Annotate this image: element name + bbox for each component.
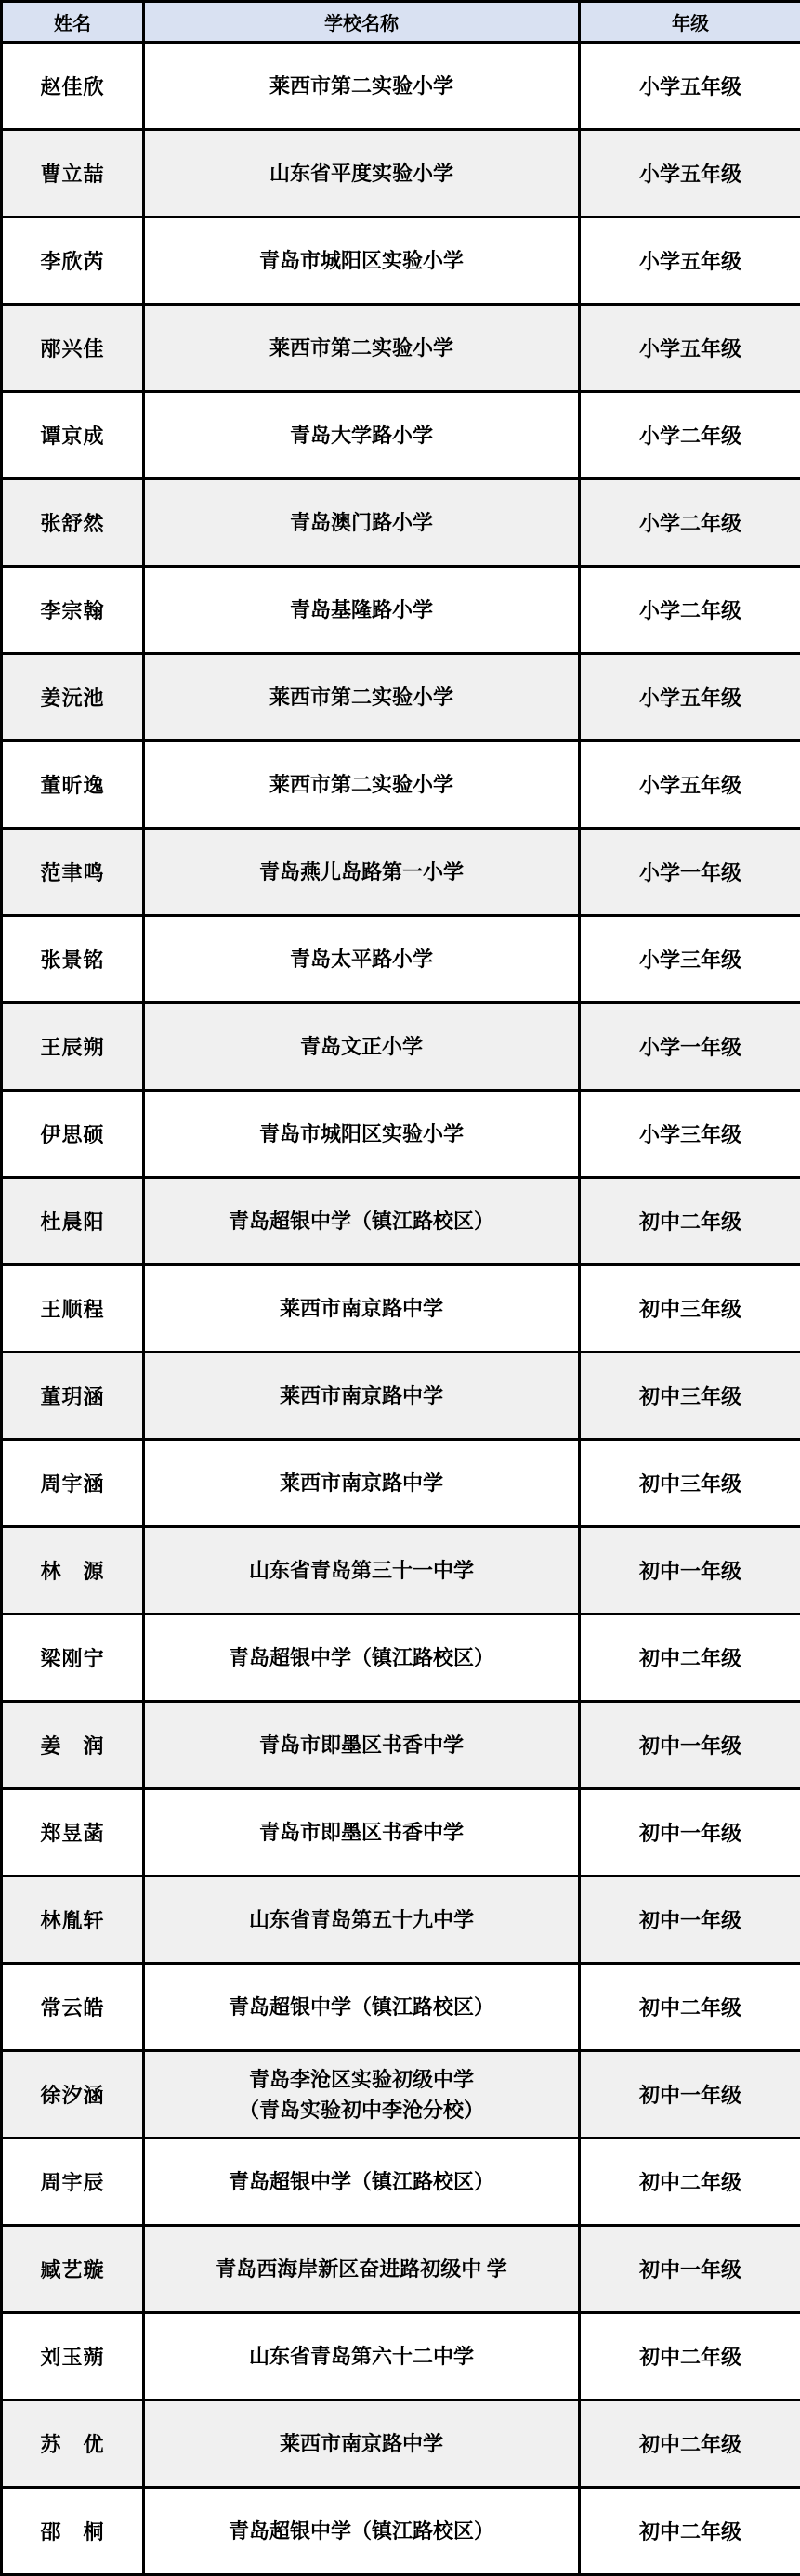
table-row: 邵 桐 青岛超银中学（镇江路校区） 初中二年级 <box>2 2488 800 2575</box>
student-name-cell: 苏 优 <box>2 2400 144 2488</box>
grade-cell: 初中一年级 <box>580 1876 800 1964</box>
student-name-cell: 郑昱菡 <box>2 1789 144 1876</box>
grade-cell: 小学五年级 <box>580 741 800 829</box>
table-row: 姜 润 青岛市即墨区书香中学 初中一年级 <box>2 1702 800 1789</box>
grade-cell: 小学五年级 <box>580 43 800 130</box>
student-name-cell: 徐汐涵 <box>2 2051 144 2138</box>
school-name-cell: 莱西市第二实验小学 <box>144 741 580 829</box>
student-name-cell: 刘玉蒴 <box>2 2313 144 2400</box>
table-header: 姓名 学校名称 年级 <box>2 2 800 43</box>
school-name-cell: 青岛市即墨区书香中学 <box>144 1789 580 1876</box>
school-name-cell: 莱西市南京路中学 <box>144 1440 580 1527</box>
student-name-cell: 邵 桐 <box>2 2488 144 2575</box>
school-name-cell: 莱西市南京路中学 <box>144 1353 580 1440</box>
table-row: 杜晨阳 青岛超银中学（镇江路校区） 初中二年级 <box>2 1178 800 1265</box>
grade-cell: 初中三年级 <box>580 1440 800 1527</box>
table-row: 周宇涵 莱西市南京路中学 初中三年级 <box>2 1440 800 1527</box>
student-name-cell: 周宇涵 <box>2 1440 144 1527</box>
grade-cell: 初中二年级 <box>580 2400 800 2488</box>
table-row: 周宇辰 青岛超银中学（镇江路校区） 初中二年级 <box>2 2138 800 2226</box>
page: 姓名 学校名称 年级 赵佳欣 莱西市第二实验小学 小学五年级 曹立喆 山东省平度… <box>0 0 800 2576</box>
table-row: 林胤轩 山东省青岛第五十九中学 初中一年级 <box>2 1876 800 1964</box>
grade-cell: 初中二年级 <box>580 1615 800 1702</box>
grade-cell: 小学一年级 <box>580 829 800 916</box>
grade-cell: 初中一年级 <box>580 2051 800 2138</box>
table-row: 邴兴佳 莱西市第二实验小学 小学五年级 <box>2 305 800 392</box>
grade-cell: 小学五年级 <box>580 305 800 392</box>
school-name-cell: 山东省青岛第五十九中学 <box>144 1876 580 1964</box>
table-row: 郑昱菡 青岛市即墨区书香中学 初中一年级 <box>2 1789 800 1876</box>
school-name-cell: 青岛李沧区实验初级中学 （青岛实验初中李沧分校） <box>144 2051 580 2138</box>
student-name-cell: 姜沅池 <box>2 654 144 741</box>
grade-cell: 小学三年级 <box>580 1091 800 1178</box>
grade-cell: 初中二年级 <box>580 2488 800 2575</box>
school-name-cell: 莱西市南京路中学 <box>144 2400 580 2488</box>
student-name-cell: 王辰朔 <box>2 1003 144 1091</box>
grade-cell: 小学二年级 <box>580 479 800 567</box>
student-name-cell: 杜晨阳 <box>2 1178 144 1265</box>
table-row: 范聿鸣 青岛燕儿岛路第一小学 小学一年级 <box>2 829 800 916</box>
student-name-cell: 林 源 <box>2 1527 144 1615</box>
table-row: 梁刚宁 青岛超银中学（镇江路校区） 初中二年级 <box>2 1615 800 1702</box>
grade-cell: 初中三年级 <box>580 1353 800 1440</box>
grade-cell: 初中三年级 <box>580 1265 800 1353</box>
student-name-cell: 董玥涵 <box>2 1353 144 1440</box>
school-name-cell: 青岛市城阳区实验小学 <box>144 217 580 305</box>
grade-cell: 初中一年级 <box>580 1527 800 1615</box>
table-row: 林 源 山东省青岛第三十一中学 初中一年级 <box>2 1527 800 1615</box>
student-name-cell: 张景铭 <box>2 916 144 1003</box>
school-name-cell: 青岛太平路小学 <box>144 916 580 1003</box>
table-row: 董玥涵 莱西市南京路中学 初中三年级 <box>2 1353 800 1440</box>
student-name-cell: 伊思硕 <box>2 1091 144 1178</box>
student-name-cell: 李宗翰 <box>2 567 144 654</box>
school-name-cell: 莱西市第二实验小学 <box>144 654 580 741</box>
table-row: 谭京成 青岛大学路小学 小学二年级 <box>2 392 800 479</box>
table-row: 王顺程 莱西市南京路中学 初中三年级 <box>2 1265 800 1353</box>
student-name-cell: 周宇辰 <box>2 2138 144 2226</box>
student-name-cell: 赵佳欣 <box>2 43 144 130</box>
grade-cell: 初中二年级 <box>580 2313 800 2400</box>
table-row: 王辰朔 青岛文正小学 小学一年级 <box>2 1003 800 1091</box>
school-name-cell: 青岛超银中学（镇江路校区） <box>144 1964 580 2051</box>
school-name-cell: 青岛市即墨区书香中学 <box>144 1702 580 1789</box>
student-name-cell: 臧艺璇 <box>2 2226 144 2313</box>
school-name-cell: 莱西市南京路中学 <box>144 1265 580 1353</box>
table-row: 赵佳欣 莱西市第二实验小学 小学五年级 <box>2 43 800 130</box>
table-row: 伊思硕 青岛市城阳区实验小学 小学三年级 <box>2 1091 800 1178</box>
student-name-cell: 董昕逸 <box>2 741 144 829</box>
student-name-cell: 常云皓 <box>2 1964 144 2051</box>
school-name-cell: 青岛市城阳区实验小学 <box>144 1091 580 1178</box>
table-row: 李宗翰 青岛基隆路小学 小学二年级 <box>2 567 800 654</box>
school-name-cell: 青岛澳门路小学 <box>144 479 580 567</box>
school-name-cell: 山东省平度实验小学 <box>144 130 580 217</box>
table-body: 赵佳欣 莱西市第二实验小学 小学五年级 曹立喆 山东省平度实验小学 小学五年级 … <box>2 43 800 2575</box>
grade-cell: 小学五年级 <box>580 217 800 305</box>
table-row: 张舒然 青岛澳门路小学 小学二年级 <box>2 479 800 567</box>
school-name-cell: 青岛大学路小学 <box>144 392 580 479</box>
header-row: 姓名 学校名称 年级 <box>2 2 800 43</box>
grade-cell: 小学二年级 <box>580 567 800 654</box>
column-header-grade: 年级 <box>580 2 800 43</box>
student-name-cell: 李欣芮 <box>2 217 144 305</box>
table-row: 张景铭 青岛太平路小学 小学三年级 <box>2 916 800 1003</box>
school-name-cell: 莱西市第二实验小学 <box>144 43 580 130</box>
student-name-cell: 谭京成 <box>2 392 144 479</box>
school-name-cell: 青岛超银中学（镇江路校区） <box>144 1178 580 1265</box>
table-row: 董昕逸 莱西市第二实验小学 小学五年级 <box>2 741 800 829</box>
table-row: 姜沅池 莱西市第二实验小学 小学五年级 <box>2 654 800 741</box>
table-row: 臧艺璇 青岛西海岸新区奋进路初级中 学 初中一年级 <box>2 2226 800 2313</box>
school-name-cell: 青岛超银中学（镇江路校区） <box>144 2488 580 2575</box>
grade-cell: 初中二年级 <box>580 1178 800 1265</box>
school-name-cell: 青岛西海岸新区奋进路初级中 学 <box>144 2226 580 2313</box>
school-name-cell: 青岛燕儿岛路第一小学 <box>144 829 580 916</box>
school-name-cell: 山东省青岛第三十一中学 <box>144 1527 580 1615</box>
table-row: 李欣芮 青岛市城阳区实验小学 小学五年级 <box>2 217 800 305</box>
student-name-cell: 姜 润 <box>2 1702 144 1789</box>
table-row: 常云皓 青岛超银中学（镇江路校区） 初中二年级 <box>2 1964 800 2051</box>
student-name-cell: 范聿鸣 <box>2 829 144 916</box>
grade-cell: 初中一年级 <box>580 1789 800 1876</box>
student-name-cell: 梁刚宁 <box>2 1615 144 1702</box>
grade-cell: 小学二年级 <box>580 392 800 479</box>
table-row: 刘玉蒴 山东省青岛第六十二中学 初中二年级 <box>2 2313 800 2400</box>
school-name-cell: 山东省青岛第六十二中学 <box>144 2313 580 2400</box>
table-row: 曹立喆 山东省平度实验小学 小学五年级 <box>2 130 800 217</box>
student-name-cell: 曹立喆 <box>2 130 144 217</box>
column-header-school: 学校名称 <box>144 2 580 43</box>
grade-cell: 初中一年级 <box>580 2226 800 2313</box>
table-row: 苏 优 莱西市南京路中学 初中二年级 <box>2 2400 800 2488</box>
school-name-cell: 青岛基隆路小学 <box>144 567 580 654</box>
grade-cell: 小学五年级 <box>580 654 800 741</box>
grade-cell: 初中二年级 <box>580 2138 800 2226</box>
school-name-cell: 莱西市第二实验小学 <box>144 305 580 392</box>
grade-cell: 初中一年级 <box>580 1702 800 1789</box>
school-name-cell: 青岛文正小学 <box>144 1003 580 1091</box>
grade-cell: 小学五年级 <box>580 130 800 217</box>
school-name-cell: 青岛超银中学（镇江路校区） <box>144 2138 580 2226</box>
school-name-cell: 青岛超银中学（镇江路校区） <box>144 1615 580 1702</box>
grade-cell: 小学一年级 <box>580 1003 800 1091</box>
student-name-cell: 王顺程 <box>2 1265 144 1353</box>
student-name-cell: 林胤轩 <box>2 1876 144 1964</box>
grade-cell: 小学三年级 <box>580 916 800 1003</box>
column-header-name: 姓名 <box>2 2 144 43</box>
student-roster-table: 姓名 学校名称 年级 赵佳欣 莱西市第二实验小学 小学五年级 曹立喆 山东省平度… <box>0 0 800 2576</box>
table-row: 徐汐涵 青岛李沧区实验初级中学 （青岛实验初中李沧分校） 初中一年级 <box>2 2051 800 2138</box>
grade-cell: 初中二年级 <box>580 1964 800 2051</box>
student-name-cell: 邴兴佳 <box>2 305 144 392</box>
student-name-cell: 张舒然 <box>2 479 144 567</box>
